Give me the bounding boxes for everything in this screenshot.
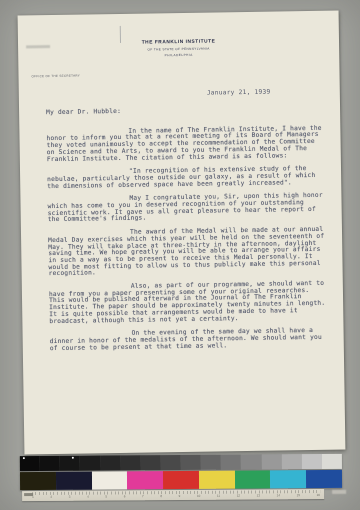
color-patch [92, 471, 128, 489]
ruler-number: 8 [160, 494, 162, 498]
gray-step [261, 454, 281, 469]
grayscale-calibration-bar [20, 454, 342, 471]
color-patch [163, 471, 199, 489]
color-patch [199, 471, 235, 489]
ruler-number: 6 [124, 494, 126, 498]
color-patch [56, 472, 92, 490]
gray-step [80, 456, 100, 471]
ruler-numbers: 12345678910111213141516 [32, 493, 320, 499]
faint-photo-notation [332, 490, 346, 494]
ruler-number: 11 [217, 494, 220, 498]
gray-step [241, 454, 261, 469]
gray-step [60, 456, 80, 471]
gray-step [201, 455, 221, 470]
ruler-number: 13 [257, 493, 260, 497]
color-patch [20, 472, 56, 490]
gray-step [161, 455, 181, 470]
gray-step [221, 455, 241, 470]
calibration-strip: 12345678910111213141516 [20, 454, 342, 501]
color-patch [127, 471, 163, 489]
office-of-secretary-label: OFFICE OF THE SECRETARY [31, 74, 80, 79]
gray-step [100, 455, 120, 470]
gray-step [141, 455, 161, 470]
ruler-number: 4 [87, 495, 89, 499]
gray-step [40, 456, 60, 471]
letter-paragraph: On the evening of the same day we shall … [50, 328, 328, 352]
letterhead: THE FRANKLIN INSTITUTE OF THE STATE OF P… [18, 38, 339, 60]
ruler-number: 7 [142, 494, 144, 498]
specular-dot [72, 457, 74, 459]
ruler-number: 9 [179, 494, 181, 498]
gray-step [322, 454, 342, 469]
color-calibration-bar [20, 470, 342, 490]
ruler-number: 14 [277, 493, 280, 497]
centimeter-ruler: 12345678910111213141516 [22, 489, 324, 501]
specular-dot [23, 457, 25, 459]
letter-page: THE FRANKLIN INSTITUTE OF THE STATE OF P… [18, 11, 346, 455]
letter-body: My dear Dr. Hubble: In the name of The F… [46, 106, 328, 360]
ruler-number: 3 [69, 495, 71, 499]
ruler-number: 5 [105, 495, 107, 499]
ruler-number: 16 [317, 493, 320, 497]
ruler-number: 2 [50, 495, 52, 499]
letter-paragraph: May I congratulate you, Sir, upon this h… [47, 193, 325, 224]
gray-step [120, 455, 140, 470]
color-patch [235, 470, 271, 488]
gray-step [302, 454, 322, 469]
ruler-number: 1 [32, 495, 34, 499]
letter-paragraph: The award of the Medal will be made at o… [48, 227, 327, 278]
ruler-number: 12 [237, 494, 240, 498]
ruler-number: 10 [197, 494, 200, 498]
letter-paragraph: "In recognition of his extensive study o… [47, 166, 325, 190]
color-patch [270, 470, 306, 488]
salutation: My dear Dr. Hubble: [46, 106, 324, 117]
letter-paragraph: In the name of The Franklin Institute, I… [46, 125, 324, 163]
gray-step [281, 454, 301, 469]
ruler-number: 15 [297, 493, 300, 497]
letter-paragraph: Also, as part of our programme, we shoul… [49, 281, 328, 326]
gray-step [181, 455, 201, 470]
color-patch [306, 470, 342, 488]
letter-date: January 21, 1939 [207, 89, 271, 97]
